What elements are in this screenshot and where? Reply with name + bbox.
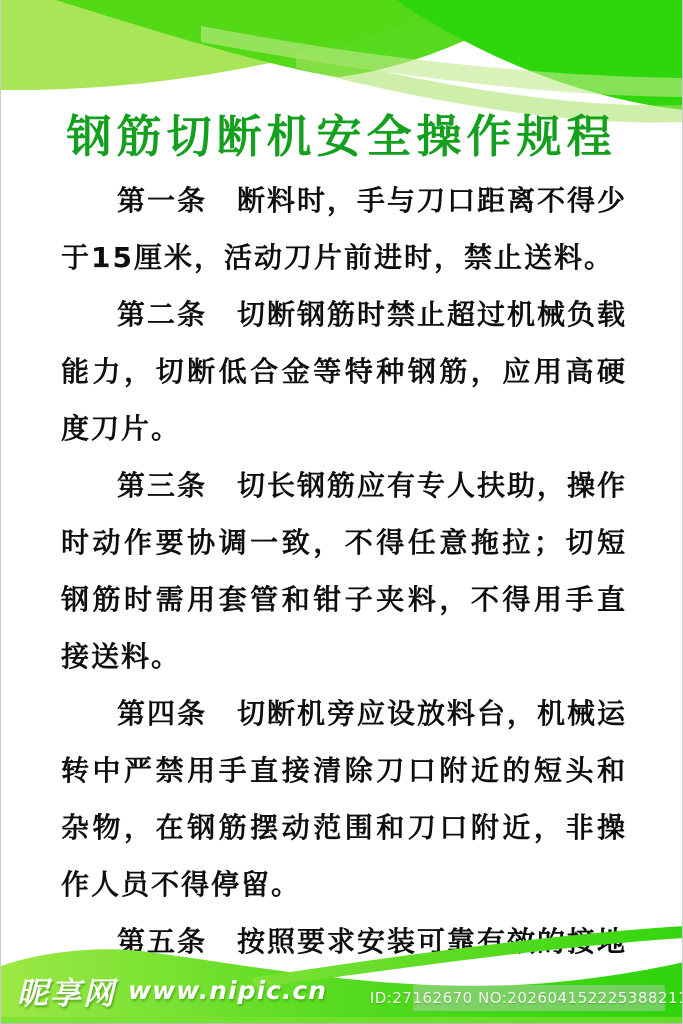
page-title: 钢筋切断机安全操作规程 xyxy=(1,110,682,164)
site-logo-text: 昵享网 xyxy=(17,968,116,1013)
poster-page: 钢筋切断机安全操作规程 第一条 断料时，手与刀口距离不得少于15厘米，活动刀片前… xyxy=(0,0,683,1024)
rule-item-3: 第三条 切长钢筋应有专人扶助，操作时动作要协调一致，不得任意拖拉；切短钢筋时需用… xyxy=(61,457,627,685)
watermark-id-badge: ID:27162670 NO:20260415222538821107 xyxy=(413,985,665,1011)
rule-item-2: 第二条 切断钢筋时禁止超过机械负载能力，切断低合金等特种钢筋，应用高硬度刀片。 xyxy=(61,286,627,457)
rule-item-1: 第一条 断料时，手与刀口距离不得少于15厘米，活动刀片前进时，禁止送料。 xyxy=(61,172,627,286)
regulations-text: 第一条 断料时，手与刀口距离不得少于15厘米，活动刀片前进时，禁止送料。 第二条… xyxy=(61,172,627,1024)
rule-item-4: 第四条 切断机旁应设放料台，机械运转中严禁用手直接清除刀口附近的短头和杂物，在钢… xyxy=(61,685,627,913)
site-watermark: 昵享网 www.nipic.cn xyxy=(17,970,327,1010)
site-url-text: www.nipic.cn xyxy=(128,976,327,1005)
